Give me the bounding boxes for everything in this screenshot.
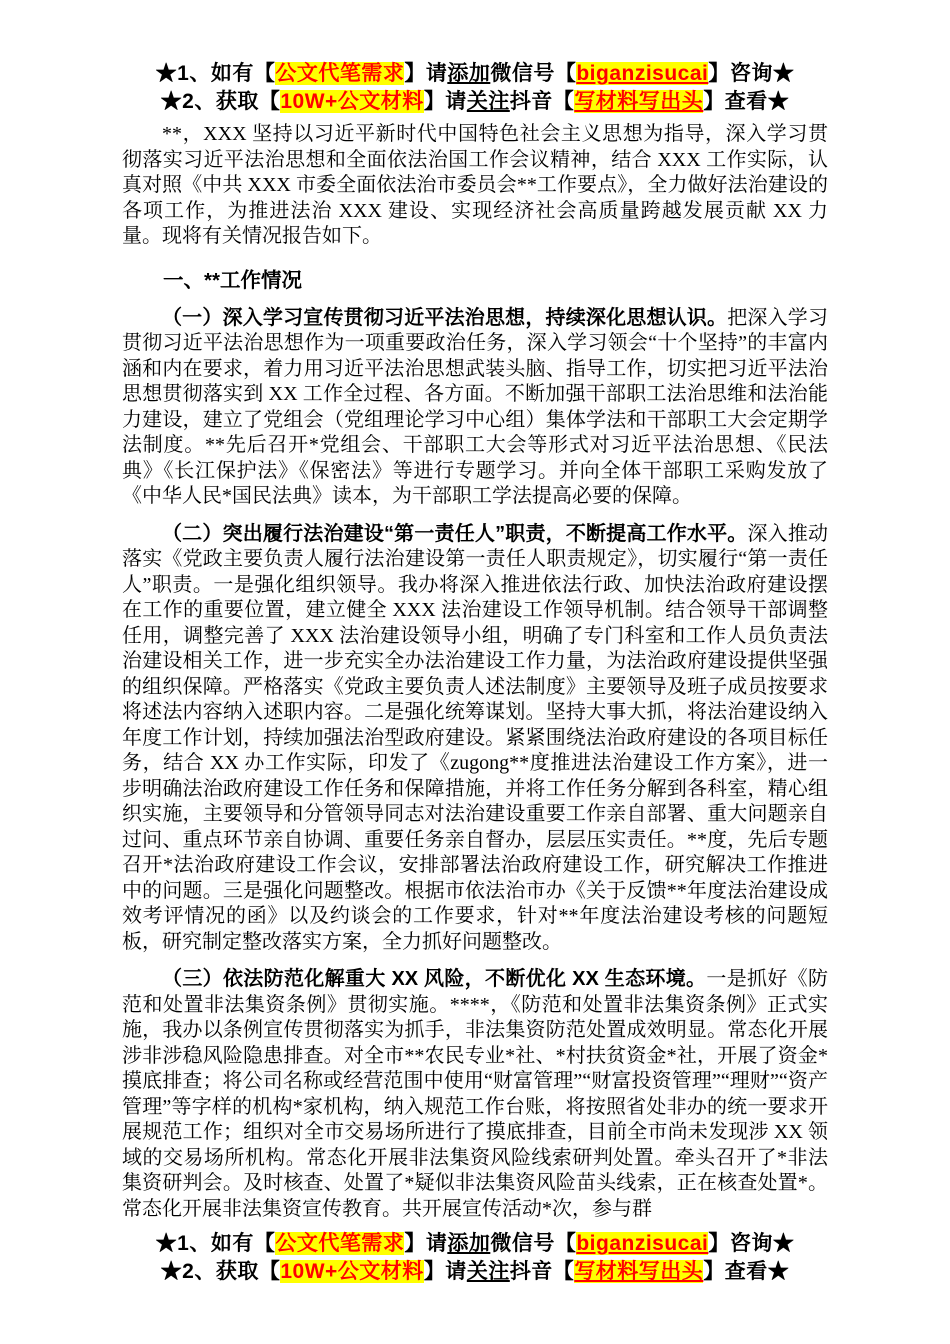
paragraph-1-lead: （一）深入学习宣传贯彻习近平法治思想，持续深化思想认识。 — [162, 307, 727, 329]
paragraph-2: （二）突出履行法治建设“第一责任人”职责，不断提高工作水平。深入推动落实《党政主… — [122, 522, 828, 956]
promo-banner-bottom: ★1、如有【公文代笔需求】请添加微信号【biganzisucai】咨询★ ★2、… — [122, 1230, 828, 1286]
promo-line-1: ★1、如有【公文代笔需求】请添加微信号【biganzisucai】咨询★ — [122, 60, 828, 88]
promo-line-2: ★2、获取【10W+公文材料】请关注抖音【写材料写出头】查看★ — [122, 88, 828, 116]
paragraph-1: （一）深入学习宣传贯彻习近平法治思想，持续深化思想认识。把深入学习贯彻习近平法治… — [122, 306, 828, 510]
paragraph-3: （三）依法防范化解重大 XX 风险，不断优化 XX 生态环境。一是抓好《防范和处… — [122, 967, 828, 1222]
paragraph-2-text: 深入推动落实《党政主要负责人履行法治建设第一责任人职责规定》，切实履行“第一责任… — [122, 523, 828, 953]
paragraph-3-text: 一是抓好《防范和处置非法集资条例》贯彻实施。****，《防范和处置非法集资条例》… — [122, 968, 828, 1220]
intro-paragraph: **，XXX 坚持以习近平新时代中国特色社会主义思想为指导，深入学习贯彻落实习近… — [122, 122, 828, 250]
section-1-heading: 一、**工作情况 — [122, 268, 828, 294]
promo-line-2-bottom: ★2、获取【10W+公文材料】请关注抖音【写材料写出头】查看★ — [122, 1258, 828, 1286]
promo-banner-top: ★1、如有【公文代笔需求】请添加微信号【biganzisucai】咨询★ ★2、… — [122, 60, 828, 116]
promo-line-1-bottom: ★1、如有【公文代笔需求】请添加微信号【biganzisucai】咨询★ — [122, 1230, 828, 1258]
paragraph-1-text: 把深入学习贯彻习近平法治思想作为一项重要政治任务，深入学习领会“十个坚持”的丰富… — [122, 307, 828, 508]
document-page: ★1、如有【公文代笔需求】请添加微信号【biganzisucai】咨询★ ★2、… — [0, 0, 950, 1344]
document-body: **，XXX 坚持以习近平新时代中国特色社会主义思想为指导，深入学习贯彻落实习近… — [122, 122, 828, 1222]
intro-text: **，XXX 坚持以习近平新时代中国特色社会主义思想为指导，深入学习贯彻落实习近… — [122, 123, 828, 247]
paragraph-2-lead: （二）突出履行法治建设“第一责任人”职责，不断提高工作水平。 — [162, 523, 747, 545]
paragraph-3-lead: （三）依法防范化解重大 XX 风险，不断优化 XX 生态环境。 — [162, 968, 706, 990]
